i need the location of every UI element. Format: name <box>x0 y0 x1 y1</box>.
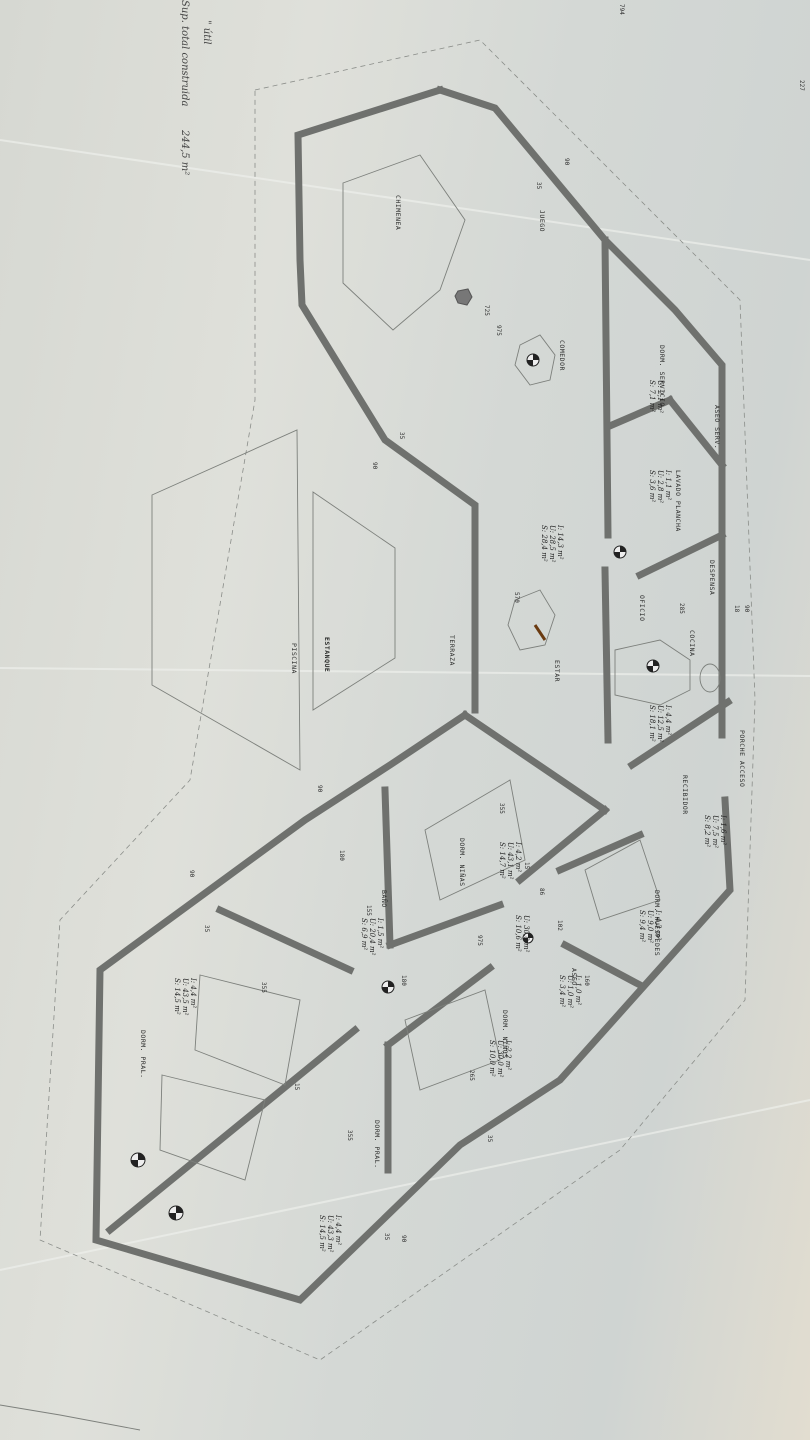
room-label-juego: JUEGO <box>538 210 546 232</box>
svg-text:90: 90 <box>188 870 195 878</box>
area-dorm-ninas-i: I: 4,2 m² <box>514 841 522 872</box>
area-recibidor-s: S: 8,2 m² <box>703 815 711 847</box>
wall-north-wing <box>298 90 475 710</box>
room-label-piscina: PISCINA <box>290 643 298 674</box>
room-label-estanque: ESTANQUE <box>323 637 331 672</box>
area-comedor-s: S: 28,4 m² <box>540 525 548 562</box>
svg-text:15: 15 <box>293 1083 300 1091</box>
area-dorm-servicio-u: U: 2,1 m² <box>656 380 664 413</box>
eave-outline <box>40 40 755 1360</box>
area-pasillo-u: U: 30,0 m² <box>522 915 530 953</box>
svg-text:35: 35 <box>398 432 405 440</box>
area-dorm-pral-1-i: I: 4,4 m² <box>189 977 197 1008</box>
area-lavado-u: U: 2,8 m² <box>656 470 664 503</box>
room-label-chimenea: CHIMENEA <box>394 195 402 230</box>
light-fixture-icon <box>131 354 659 1220</box>
area-dorm-huespedes-s: S: 9,4 m² <box>638 910 646 942</box>
svg-text:35: 35 <box>203 925 210 933</box>
bed-outline <box>425 780 525 900</box>
pencil-mark <box>535 625 545 640</box>
pool-outline <box>152 430 300 770</box>
area-bano-s: S: 6,9 m² <box>360 918 368 950</box>
svg-text:90: 90 <box>371 462 378 470</box>
room-label-lavado: LAVADO PLANCHA <box>674 470 682 532</box>
fold-crease <box>0 668 810 676</box>
wall-interior <box>385 790 390 945</box>
room-label-despensa: DESPENSA <box>708 560 716 595</box>
area-recibidor-u: U: 7,5 m² <box>711 815 719 848</box>
wall-interior <box>465 715 605 810</box>
note-total-built-value: 244,5 m² <box>179 129 190 175</box>
room-label-dorm-ninas: DORM. NIÑAS <box>458 838 467 887</box>
area-dorm-pral-2-i: I: 4,4 m² <box>334 1214 342 1245</box>
svg-text:86: 86 <box>538 888 545 896</box>
area-lavado-s: S: 3,6 m² <box>648 470 656 502</box>
area-dorm-pral-2-s: S: 14,5 m² <box>318 1215 326 1252</box>
svg-text:18: 18 <box>733 605 740 613</box>
area-cocina-u: U: 12,5 m² <box>656 705 664 743</box>
svg-text:90: 90 <box>316 785 323 793</box>
wall-interior <box>605 570 608 740</box>
svg-text:355: 355 <box>346 1130 353 1141</box>
area-dorm-pral-1-u: U: 43,5 m² <box>181 978 189 1016</box>
area-dorm-huespedes-u: U: 9,0 m² <box>646 910 654 943</box>
room-label-porche: PORCHE ACCESO <box>738 730 746 787</box>
bed-outline <box>160 1075 265 1180</box>
wall-interior <box>632 702 728 765</box>
svg-text:90: 90 <box>400 1235 407 1243</box>
area-dorm-ninas-s: S: 14,7 m² <box>498 842 506 879</box>
room-label-bano: BAÑO <box>380 890 389 908</box>
svg-text:35: 35 <box>535 182 542 190</box>
svg-text:90: 90 <box>563 158 570 166</box>
svg-text:725: 725 <box>483 305 490 316</box>
area-dorm-pral-1-s: S: 14,5 m² <box>173 978 181 1015</box>
room-label-oficio: OFICIO <box>638 595 646 621</box>
room-label-cocina: COCINA <box>688 630 696 656</box>
area-dorm-huespedes-i: I: 4,3 m² <box>654 909 662 940</box>
wall-interior <box>220 910 350 970</box>
bed-outline <box>405 990 500 1090</box>
area-dorm-servicio-s: S: 7,1 m² <box>648 380 656 412</box>
area-cocina-i: I: 4,4 m² <box>664 704 672 735</box>
area-bano-u: U: 20,4 m² <box>368 918 376 956</box>
note-total-built: Sup. total construida <box>179 0 190 106</box>
area-aseo-i: I: 1,0 m² <box>574 974 582 1005</box>
room-label-aseo-serv: ASEO SERV. <box>713 405 721 449</box>
area-dorm-ninos-u: U: 30,0 m² <box>496 1040 504 1078</box>
sink-outline <box>700 664 720 692</box>
svg-text:355: 355 <box>498 803 505 814</box>
room-label-dorm-pral-2: DORM. PRAL. <box>373 1120 381 1169</box>
svg-text:155: 155 <box>365 905 372 916</box>
kitchen-island <box>615 640 690 705</box>
area-recibidor-i: I: 1,6 m² <box>719 814 727 845</box>
page-number: 794 <box>618 4 625 15</box>
svg-text:265: 265 <box>468 1070 475 1081</box>
area-dorm-ninos-i: I: 2,2 m² <box>504 1039 512 1070</box>
room-label-comedor: COMEDOR <box>558 340 566 371</box>
area-aseo-s: S: 3,4 m² <box>558 975 566 1007</box>
svg-text:570: 570 <box>513 592 520 603</box>
area-pasillo-s: S: 10,6 m² <box>514 915 522 952</box>
pond-outline <box>313 492 395 710</box>
svg-text:180: 180 <box>338 850 345 861</box>
area-dorm-pral-2-u: U: 43,3 m² <box>326 1215 334 1253</box>
room-label-estar: ESTAR <box>553 660 561 682</box>
area-bano-i: I: 1,5 m² <box>376 917 384 948</box>
room-label-dorm-pral-1: DORM. PRAL. <box>139 1030 147 1079</box>
area-cocina-s: S: 18,1 m² <box>648 705 656 742</box>
corner-mark: 227 <box>798 80 805 91</box>
svg-text:285: 285 <box>678 603 685 614</box>
column-icon <box>455 289 472 305</box>
svg-text:355: 355 <box>260 982 267 993</box>
svg-text:90: 90 <box>743 605 750 613</box>
fold-crease <box>0 140 810 260</box>
svg-text:35: 35 <box>486 1135 493 1143</box>
scale-ruler <box>0 1405 140 1430</box>
area-lavado-i: I: 1,1 m² <box>664 469 672 500</box>
room-label-recibidor: RECIBIDOR <box>681 775 689 815</box>
floor-plan-sheet: Sup. total construida 244,5 m² " útil 79… <box>0 0 810 1440</box>
svg-text:35: 35 <box>383 1233 390 1241</box>
area-dorm-ninas-u: U: 43,1 m² <box>506 842 514 880</box>
area-dorm-ninos-s: S: 10,0 m² <box>488 1040 496 1077</box>
wall-interior <box>605 240 608 535</box>
svg-text:102: 102 <box>556 920 563 931</box>
svg-text:975: 975 <box>476 935 483 946</box>
svg-text:975: 975 <box>495 325 502 336</box>
fireplace-outline <box>343 155 465 330</box>
svg-text:180: 180 <box>400 975 407 986</box>
floor-plan-drawing: Sup. total construida 244,5 m² " útil 79… <box>0 0 810 1440</box>
note-useful: " útil <box>201 20 212 45</box>
area-comedor-u: U: 28,5 m² <box>548 525 556 563</box>
area-aseo-u: U: 1,0 m² <box>566 975 574 1008</box>
bed-outline <box>195 975 300 1085</box>
room-label-terraza: TERRAZA <box>448 635 456 666</box>
area-comedor-i: I: 14,3 m² <box>556 524 564 560</box>
svg-text:160: 160 <box>583 975 590 986</box>
svg-text:15: 15 <box>523 862 530 870</box>
